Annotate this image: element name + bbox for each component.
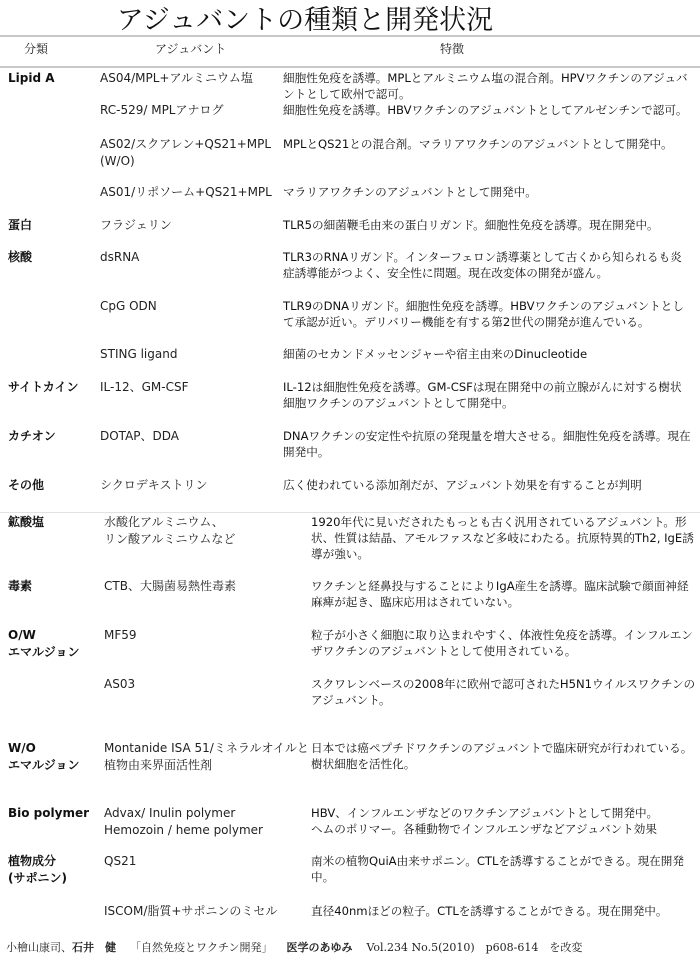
features-cell: DNAワクチンの安定性や抗原の発現量を増大させる。細胞性免疫を誘導。現在開発中。 [283,428,693,460]
features-cell: TLR5の細菌鞭毛由来の蛋白リガンド。細胞性免疫を誘導。現在開発中。 [283,217,693,233]
header-bottom-divider [0,66,700,68]
adjuvant-cell: IL-12、GM-CSF [100,379,280,396]
citation-authors-1: 小檜山康司、 [6,941,72,954]
page-title: アジュバントの種類と開発状況 [0,4,610,38]
adjuvant-cell: AS02/スクアレン+QS21+MPL (W/O) [100,136,280,170]
adjuvant-cell: CpG ODN [100,298,280,315]
adjuvant-cell: AS03 [104,676,309,693]
category-cell: Lipid A [8,70,55,87]
citation-journal: 医学のあゆみ [286,941,352,954]
features-cell: TLR9のDNAリガンド。細胞性免疫を誘導。HBVワクチンのアジュバントとして承… [283,298,693,330]
citation-footer: 小檜山康司、石井 健「自然免疫とワクチン開発」医学のあゆみVol.234 No.… [6,940,582,956]
adjuvant-cell: Montanide ISA 51/ミネラルオイルと 植物由来界面活性剤 [104,740,309,774]
adjuvant-cell: DOTAP、DDA [100,428,280,445]
adjuvant-cell: STING ligand [100,346,280,363]
category-cell: Bio polymer [8,805,89,822]
category-cell: 鉱酸塩 [8,514,44,531]
category-cell: 核酸 [8,249,32,266]
column-header-category: 分類 [24,41,48,57]
features-cell: 1920年代に見いだされたもっとも古く汎用されているアジュバント。形状、性質は結… [311,514,696,562]
citation-article: 「自然免疫とワクチン開発」 [130,941,272,954]
adjuvant-cell: QS21 [104,853,309,870]
adjuvant-cell: dsRNA [100,249,280,266]
header-top-divider [0,35,700,37]
features-cell: 日本では癌ペプチドワクチンのアジュバントで臨床研究が行われている。樹状細胞を活性… [311,740,696,772]
features-cell: ワクチンと経鼻投与することによりIgA産生を誘導。臨床試験で顔面神経麻痺が起き、… [311,578,696,610]
category-cell: サイトカイン [8,379,78,396]
column-header-features: 特徴 [440,41,464,57]
features-cell: スクワレンベースの2008年に欧州で認可されたH5N1ウイルスワクチンのアジュバ… [311,676,696,708]
features-cell: 粒子が小さく細胞に取り込まれやすく、体液性免疫を誘導。インフルエンザワクチンのア… [311,627,696,659]
features-cell: 南米の植物QuiA由来サポニン。CTLを誘導することができる。現在開発中。 [311,853,696,885]
adjuvant-cell: CTB、大腸菌易熱性毒素 [104,578,309,595]
features-cell: MPLとQS21との混合剤。マラリアワクチンのアジュバントとして開発中。 [283,136,693,152]
category-cell: 植物成分 (サポニン) [8,853,67,887]
adjuvant-cell: AS01/リポソーム+QS21+MPL [100,184,280,201]
adjuvant-cell: AS04/MPL+アルミニウム塩 [100,70,280,87]
adjuvant-cell: MF59 [104,627,309,644]
section-divider [0,512,700,513]
features-cell: 細胞性免疫を誘導。HBVワクチンのアジュバントとしてアルゼンチンで認可。 [283,102,693,118]
features-cell: マラリアワクチンのアジュバントとして開発中。 [283,184,693,200]
adjuvant-cell: ISCOM/脂質+サポニンのミセル [104,903,309,920]
features-cell: 細菌のセカンドメッセンジャーや宿主由来のDinucleotide [283,346,693,362]
features-cell: HBV、インフルエンザなどのワクチンアジュバントとして開発中。 ヘムのポリマー。… [311,805,696,837]
adjuvant-cell: Advax/ Inulin polymer Hemozoin / heme po… [104,805,309,839]
features-cell: 広く使われている添加剤だが、アジュバント効果を有することが判明 [283,477,693,493]
category-cell: その他 [8,477,44,494]
features-cell: TLR3のRNAリガンド。インターフェロン誘導薬として古くから知られるも炎症誘導… [283,249,693,281]
category-cell: カチオン [8,428,56,445]
category-cell: W/O エマルジョン [8,740,79,774]
column-header-adjuvant: アジュバント [155,41,226,57]
features-cell: 直径40nmほどの粒子。CTLを誘導することができる。現在開発中。 [311,903,696,919]
citation-authors-2: 石井 健 [72,941,116,954]
adjuvant-cell: フラジェリン [100,217,280,234]
features-cell: 細胞性免疫を誘導。MPLとアルミニウム塩の混合剤。HPVワクチンのアジュバントと… [283,70,693,102]
citation-volume: Vol.234 No.5(2010) p608-614 を改変 [366,941,582,954]
adjuvant-cell: シクロデキストリン [100,477,280,494]
adjuvant-cell: RC-529/ MPLアナログ [100,102,280,119]
adjuvant-cell: 水酸化アルミニウム、 リン酸アルミニウムなど [104,514,309,548]
features-cell: IL-12は細胞性免疫を誘導。GM-CSFは現在開発中の前立腺がんに対する樹状細… [283,379,693,411]
category-cell: 毒素 [8,578,32,595]
category-cell: 蛋白 [8,217,32,234]
category-cell: O/W エマルジョン [8,627,79,661]
